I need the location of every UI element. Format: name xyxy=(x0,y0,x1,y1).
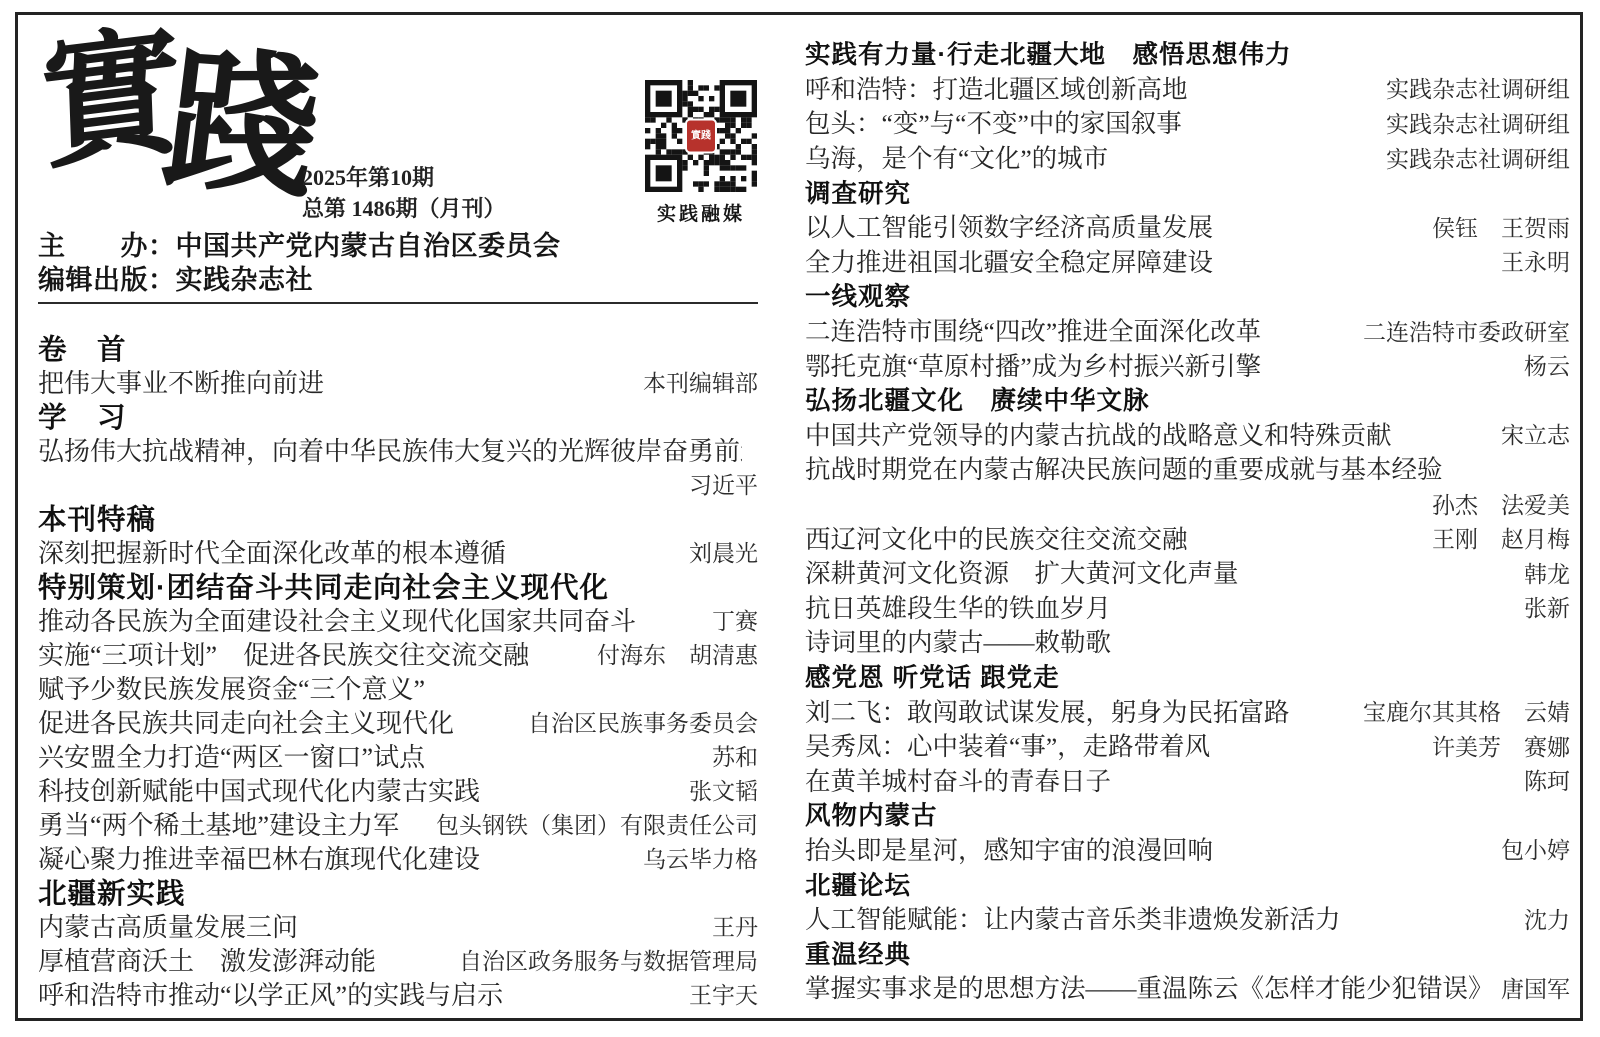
toc-row: 重温经典 xyxy=(805,935,1570,970)
toc-author: 王宇天 xyxy=(689,977,758,1010)
toc-row: 抗日英雄段生华的铁血岁月 张新 xyxy=(805,590,1570,625)
toc-row: 卷 首 xyxy=(38,330,758,364)
toc-author: 王刚 赵月梅 xyxy=(1432,521,1570,554)
toc-title: 北疆论坛 xyxy=(805,866,911,902)
toc-title: 西辽河文化中的民族交往交流交融 xyxy=(805,520,1188,556)
toc-title: 中国共产党领导的内蒙古抗战的战略意义和特殊贡献 xyxy=(805,416,1392,452)
toc-title: 抗战时期党在内蒙古解决民族问题的重要成就与基本经验 xyxy=(805,450,1443,486)
toc-author: 杨云 xyxy=(1524,348,1570,381)
toc-row: 掌握实事求是的思想方法——重温陈云《怎样才能少犯错误》 唐国军 xyxy=(805,970,1570,1005)
toc-title: 促进各民族共同走向社会主义现代化 xyxy=(38,703,454,740)
toc-title: 弘扬伟大抗战精神，向着中华民族伟大复兴的光辉彼岸奋勇前进 xyxy=(38,431,742,468)
toc-title: 刘二飞：敢闯敢试谋发展，躬身为民拓富路 xyxy=(805,693,1290,729)
toc-row: 实践有力量·行走北疆大地 感悟思想伟力 xyxy=(805,36,1570,71)
toc-title: 呼和浩特市推动“以学正风”的实践与启示 xyxy=(38,975,503,1012)
left-column: 實踐 2025年第10期 总第 1486期（月刊） 實踐 实践融媒 主 办：中国… xyxy=(38,24,758,1010)
toc-title: 深耕黄河文化资源 扩大黄河文化声量 xyxy=(805,554,1239,590)
toc-author: 包小婷 xyxy=(1501,832,1570,865)
toc-row: 抬头即是星河，感知宇宙的浪漫回响 包小婷 xyxy=(805,832,1570,867)
publisher-line: 编辑出版：实践杂志社 xyxy=(38,263,561,297)
toc-title: 吴秀凤：心中装着“事”，走路带着风 xyxy=(805,727,1210,763)
toc-author: 本刊编辑部 xyxy=(643,365,758,398)
toc-row: 刘二飞：敢闯敢试谋发展，躬身为民拓富路 宝鹿尔其其格 云婧 xyxy=(805,693,1570,728)
toc-row: 北疆论坛 xyxy=(805,866,1570,901)
toc-title: 推动各民族为全面建设社会主义现代化国家共同奋斗 xyxy=(38,601,636,638)
toc-title: 鄂托克旗“草原村播”成为乡村振兴新引擎 xyxy=(805,347,1261,383)
toc-row: 诗词里的内蒙古——敕勒歌 xyxy=(805,624,1570,659)
toc-author: 侯钰 王贺雨 xyxy=(1432,210,1570,243)
toc-author: 王永明 xyxy=(1501,244,1570,277)
toc-row: 乌海，是个有“文化”的城市 实践杂志社调研组 xyxy=(805,140,1570,175)
toc-author: 二连浩特市委政研室 xyxy=(1363,314,1570,347)
toc-row: 弘扬伟大抗战精神，向着中华民族伟大复兴的光辉彼岸奋勇前进 xyxy=(38,432,758,466)
toc-row: 勇当“两个稀土基地”建设主力军 包头钢铁（集团）有限责任公司 xyxy=(38,806,758,840)
toc-author: 实践杂志社调研组 xyxy=(1386,106,1570,139)
toc-author: 实践杂志社调研组 xyxy=(1386,141,1570,174)
organizer-value: 中国共产党内蒙古自治区委员会 xyxy=(176,231,561,261)
toc-title: 以人工智能引领数字经济高质量发展 xyxy=(805,208,1213,244)
toc-row: 推动各民族为全面建设社会主义现代化国家共同奋斗 丁赛 xyxy=(38,602,758,636)
toc-row: 西辽河文化中的民族交往交流交融 王刚 赵月梅 xyxy=(805,520,1570,555)
qr-center-logo: 實踐 xyxy=(685,119,717,154)
toc-row: 赋予少数民族发展资金“三个意义” xyxy=(38,670,758,704)
toc-row: 兴安盟全力打造“两区一窗口”试点 苏和 xyxy=(38,738,758,772)
toc-author: 宝鹿尔其其格 云婧 xyxy=(1363,694,1570,727)
toc-title: 掌握实事求是的思想方法——重温陈云《怎样才能少犯错误》 xyxy=(805,969,1485,1005)
toc-author: 王丹 xyxy=(712,909,758,942)
toc-row: 吴秀凤：心中装着“事”，走路带着风 许美芳 赛娜 xyxy=(805,728,1570,763)
toc-row: 孙杰 法爱美 xyxy=(805,486,1570,521)
toc-title: 包头：“变”与“不变”中的家国叙事 xyxy=(805,104,1182,140)
toc-title: 全力推进祖国北疆安全稳定屏障建设 xyxy=(805,243,1213,279)
toc-row: 在黄羊城村奋斗的青春日子 陈珂 xyxy=(805,762,1570,797)
toc-author: 许美芳 赛娜 xyxy=(1432,729,1570,762)
toc-title: 科技创新赋能中国式现代化内蒙古实践 xyxy=(38,771,480,808)
issue-line-1: 2025年第10期 xyxy=(302,162,506,193)
toc-title: 人工智能赋能：让内蒙古音乐类非遗焕发新活力 xyxy=(805,900,1341,936)
toc-row: 科技创新赋能中国式现代化内蒙古实践 张文韬 xyxy=(38,772,758,806)
toc-title: 学 习 xyxy=(38,395,127,436)
toc-row: 凝心聚力推进幸福巴林右旗现代化建设 乌云毕力格 xyxy=(38,840,758,874)
toc-title: 感党恩 听党话 跟党走 xyxy=(805,658,1060,694)
toc-row: 抗战时期党在内蒙古解决民族问题的重要成就与基本经验 xyxy=(805,451,1570,486)
toc-title: 抗日英雄段生华的铁血岁月 xyxy=(805,589,1111,625)
toc-title: 实施“三项计划” 促进各民族交往交流交融 xyxy=(38,635,529,672)
publisher-label: 编辑出版： xyxy=(38,265,176,295)
toc-author: 陈珂 xyxy=(1524,763,1570,796)
toc-title: 实践有力量·行走北疆大地 感悟思想伟力 xyxy=(805,35,1292,71)
toc-row: 以人工智能引领数字经济高质量发展 侯钰 王贺雨 xyxy=(805,209,1570,244)
toc-author: 孙杰 法爱美 xyxy=(1432,487,1570,520)
toc-author: 苏和 xyxy=(712,739,758,772)
toc-title: 赋予少数民族发展资金“三个意义” xyxy=(38,669,425,706)
toc-row: 深刻把握新时代全面深化改革的根本遵循 刘晨光 xyxy=(38,534,758,568)
toc-author: 韩龙 xyxy=(1524,556,1570,589)
toc-row: 特别策划·团结奋斗共同走向社会主义现代化 xyxy=(38,568,758,602)
toc-row: 鄂托克旗“草原村播”成为乡村振兴新引擎 杨云 xyxy=(805,347,1570,382)
publisher-info: 主 办：中国共产党内蒙古自治区委员会 编辑出版：实践杂志社 xyxy=(38,229,561,297)
toc-row: 调查研究 xyxy=(805,174,1570,209)
toc-row: 本刊特稿 xyxy=(38,500,758,534)
toc-title: 本刊特稿 xyxy=(38,497,156,538)
toc-author: 宋立志 xyxy=(1501,417,1570,450)
qr-block: 實踐 实践融媒 xyxy=(642,80,760,226)
toc-author: 乌云毕力格 xyxy=(643,841,758,874)
toc-title: 乌海，是个有“文化”的城市 xyxy=(805,139,1108,175)
toc-author: 自治区政务服务与数据管理局 xyxy=(459,943,758,976)
toc-author: 丁赛 xyxy=(712,603,758,636)
toc-author: 包头钢铁（集团）有限责任公司 xyxy=(436,807,758,840)
qr-code: 實踐 xyxy=(645,80,757,192)
toc-author: 张新 xyxy=(1524,590,1570,623)
left-toc: 卷 首 把伟大事业不断推向前进 本刊编辑部 学 习 弘扬伟大抗战精神，向着中华民… xyxy=(38,330,758,1010)
toc-title: 勇当“两个稀土基地”建设主力军 xyxy=(38,805,399,842)
toc-author: 张文韬 xyxy=(689,773,758,806)
magazine-logo: 實踐 xyxy=(40,18,336,172)
right-toc: 实践有力量·行走北疆大地 感悟思想伟力 呼和浩特：打造北疆区域创新高地 实践杂志… xyxy=(805,36,1570,1005)
toc-row: 实施“三项计划” 促进各民族交往交流交融 付海东 胡清惠 xyxy=(38,636,758,670)
toc-title: 内蒙古高质量发展三问 xyxy=(38,907,298,944)
toc-title: 北疆新实践 xyxy=(38,871,186,912)
toc-title: 抬头即是星河，感知宇宙的浪漫回响 xyxy=(805,831,1213,867)
toc-title: 卷 首 xyxy=(38,327,127,368)
toc-title: 一线观察 xyxy=(805,277,911,313)
toc-row: 北疆新实践 xyxy=(38,874,758,908)
toc-author: 自治区民族事务委员会 xyxy=(528,705,758,738)
toc-row: 习近平 xyxy=(38,466,758,500)
issue-info: 2025年第10期 总第 1486期（月刊） xyxy=(302,162,506,224)
toc-title: 在黄羊城村奋斗的青春日子 xyxy=(805,762,1111,798)
toc-row: 呼和浩特市推动“以学正风”的实践与启示 王宇天 xyxy=(38,976,758,1010)
organizer-line: 主 办：中国共产党内蒙古自治区委员会 xyxy=(38,229,561,263)
toc-row: 呼和浩特：打造北疆区域创新高地 实践杂志社调研组 xyxy=(805,71,1570,106)
toc-author: 沈力 xyxy=(1524,902,1570,935)
toc-row: 感党恩 听党话 跟党走 xyxy=(805,659,1570,694)
toc-title: 呼和浩特：打造北疆区域创新高地 xyxy=(805,70,1188,106)
toc-row: 弘扬北疆文化 赓续中华文脉 xyxy=(805,382,1570,417)
toc-row: 风物内蒙古 xyxy=(805,797,1570,832)
toc-row: 一线观察 xyxy=(805,278,1570,313)
toc-title: 兴安盟全力打造“两区一窗口”试点 xyxy=(38,737,425,774)
toc-row: 二连浩特市围绕“四改”推进全面深化改革 二连浩特市委政研室 xyxy=(805,313,1570,348)
toc-title: 调查研究 xyxy=(805,174,911,210)
toc-author: 习近平 xyxy=(689,467,758,500)
issue-line-2: 总第 1486期（月刊） xyxy=(302,193,506,224)
qr-caption: 实践融媒 xyxy=(642,199,760,226)
toc-row: 包头：“变”与“不变”中的家国叙事 实践杂志社调研组 xyxy=(805,105,1570,140)
right-column: 实践有力量·行走北疆大地 感悟思想伟力 呼和浩特：打造北疆区域创新高地 实践杂志… xyxy=(805,36,1570,1005)
toc-row: 学 习 xyxy=(38,398,758,432)
toc-title: 风物内蒙古 xyxy=(805,796,938,832)
toc-title: 重温经典 xyxy=(805,935,911,971)
toc-title: 厚植营商沃土 激发澎湃动能 xyxy=(38,941,376,978)
toc-row: 内蒙古高质量发展三问 王丹 xyxy=(38,908,758,942)
publisher-value: 实践杂志社 xyxy=(176,265,314,295)
masthead: 實踐 2025年第10期 总第 1486期（月刊） 實踐 实践融媒 主 办：中国… xyxy=(38,24,758,304)
toc-row: 把伟大事业不断推向前进 本刊编辑部 xyxy=(38,364,758,398)
toc-row: 中国共产党领导的内蒙古抗战的战略意义和特殊贡献 宋立志 xyxy=(805,417,1570,452)
toc-title: 诗词里的内蒙古——敕勒歌 xyxy=(805,623,1111,659)
organizer-label: 主 办： xyxy=(38,231,176,261)
toc-row: 全力推进祖国北疆安全稳定屏障建设 王永明 xyxy=(805,244,1570,279)
toc-row: 人工智能赋能：让内蒙古音乐类非遗焕发新活力 沈力 xyxy=(805,901,1570,936)
toc-row: 厚植营商沃土 激发澎湃动能 自治区政务服务与数据管理局 xyxy=(38,942,758,976)
toc-author: 刘晨光 xyxy=(689,535,758,568)
toc-title: 二连浩特市围绕“四改”推进全面深化改革 xyxy=(805,312,1261,348)
toc-row: 深耕黄河文化资源 扩大黄河文化声量 韩龙 xyxy=(805,555,1570,590)
toc-title: 特别策划·团结奋斗共同走向社会主义现代化 xyxy=(38,565,609,606)
toc-author: 实践杂志社调研组 xyxy=(1386,71,1570,104)
toc-author: 付海东 胡清惠 xyxy=(597,637,758,670)
toc-row: 促进各民族共同走向社会主义现代化 自治区民族事务委员会 xyxy=(38,704,758,738)
toc-author: 唐国军 xyxy=(1501,971,1570,1004)
toc-title: 弘扬北疆文化 赓续中华文脉 xyxy=(805,381,1150,417)
